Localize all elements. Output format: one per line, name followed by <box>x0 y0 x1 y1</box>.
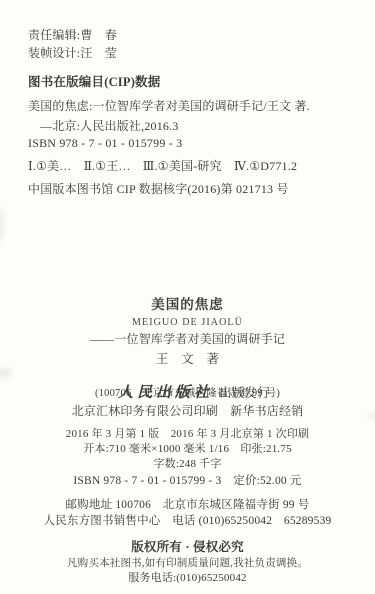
cip-isbn-line: ISBN 978 - 7 - 01 - 015799 - 3 <box>28 136 182 151</box>
author-line: 王 文 著 <box>0 352 375 368</box>
copyright-notice: 版权所有 · 侵权必究 <box>0 540 375 556</box>
word-count-line: 字数:248 千字 <box>0 458 375 472</box>
isbn-price-line: ISBN 978 - 7 - 01 - 015799 - 3 定价:52.00 … <box>0 474 375 488</box>
book-copyright-page: 责任编辑:曹 春 装帧设计:汪 莹 图书在版编目(CIP)数据 美国的焦虑:一位… <box>0 0 375 594</box>
cip-classification-line: Ⅰ.①美… Ⅱ.①王… Ⅲ.①美国-研究 Ⅳ.①D771.2 <box>28 159 297 174</box>
sales-center-phone-line: 人民东方图书销售中心 电话 (010)65250042 65289539 <box>0 514 375 528</box>
cip-record-number-line: 中国版本图书馆 CIP 数据核字(2016)第 021713 号 <box>28 182 289 197</box>
cip-publisher-line: —北京:人民出版社,2016.3 <box>40 119 179 134</box>
quality-exchange-line: 凡购买本社图书,如有印制质量问题,我社负责调换。 <box>0 557 375 570</box>
format-sheets-line: 开本:710 毫米×1000 毫米 1/16 印张:21.75 <box>0 443 375 457</box>
service-phone-line: 服务电话:(010)65250042 <box>0 572 375 586</box>
edition-printing-line: 2016 年 3 月第 1 版 2016 年 3 月北京第 1 次印刷 <box>0 428 375 442</box>
scan-smudge <box>0 208 3 242</box>
designer-credit-line: 装帧设计:汪 莹 <box>28 46 117 61</box>
editor-credit-line: 责任编辑:曹 春 <box>28 28 117 43</box>
mail-order-address-line: 邮购地址 100706 北京市东城区隆福寺街 99 号 <box>0 498 375 512</box>
cip-title-line: 美国的焦虑:一位智库学者对美国的调研手记/王文 著. <box>28 99 310 114</box>
publisher-address-line: (100706 北京市东城区隆福寺街 99 号) <box>0 387 375 400</box>
book-title-pinyin: MEIGUO DE JIAOLÜ <box>0 317 375 330</box>
book-subtitle: ——一位智库学者对美国的调研手记 <box>0 332 375 347</box>
cip-heading: 图书在版编目(CIP)数据 <box>28 75 160 91</box>
book-title: 美国的焦虑 <box>0 297 375 314</box>
printer-distributor-line: 北京汇林印务有限公司印刷 新华书店经销 <box>0 404 375 419</box>
